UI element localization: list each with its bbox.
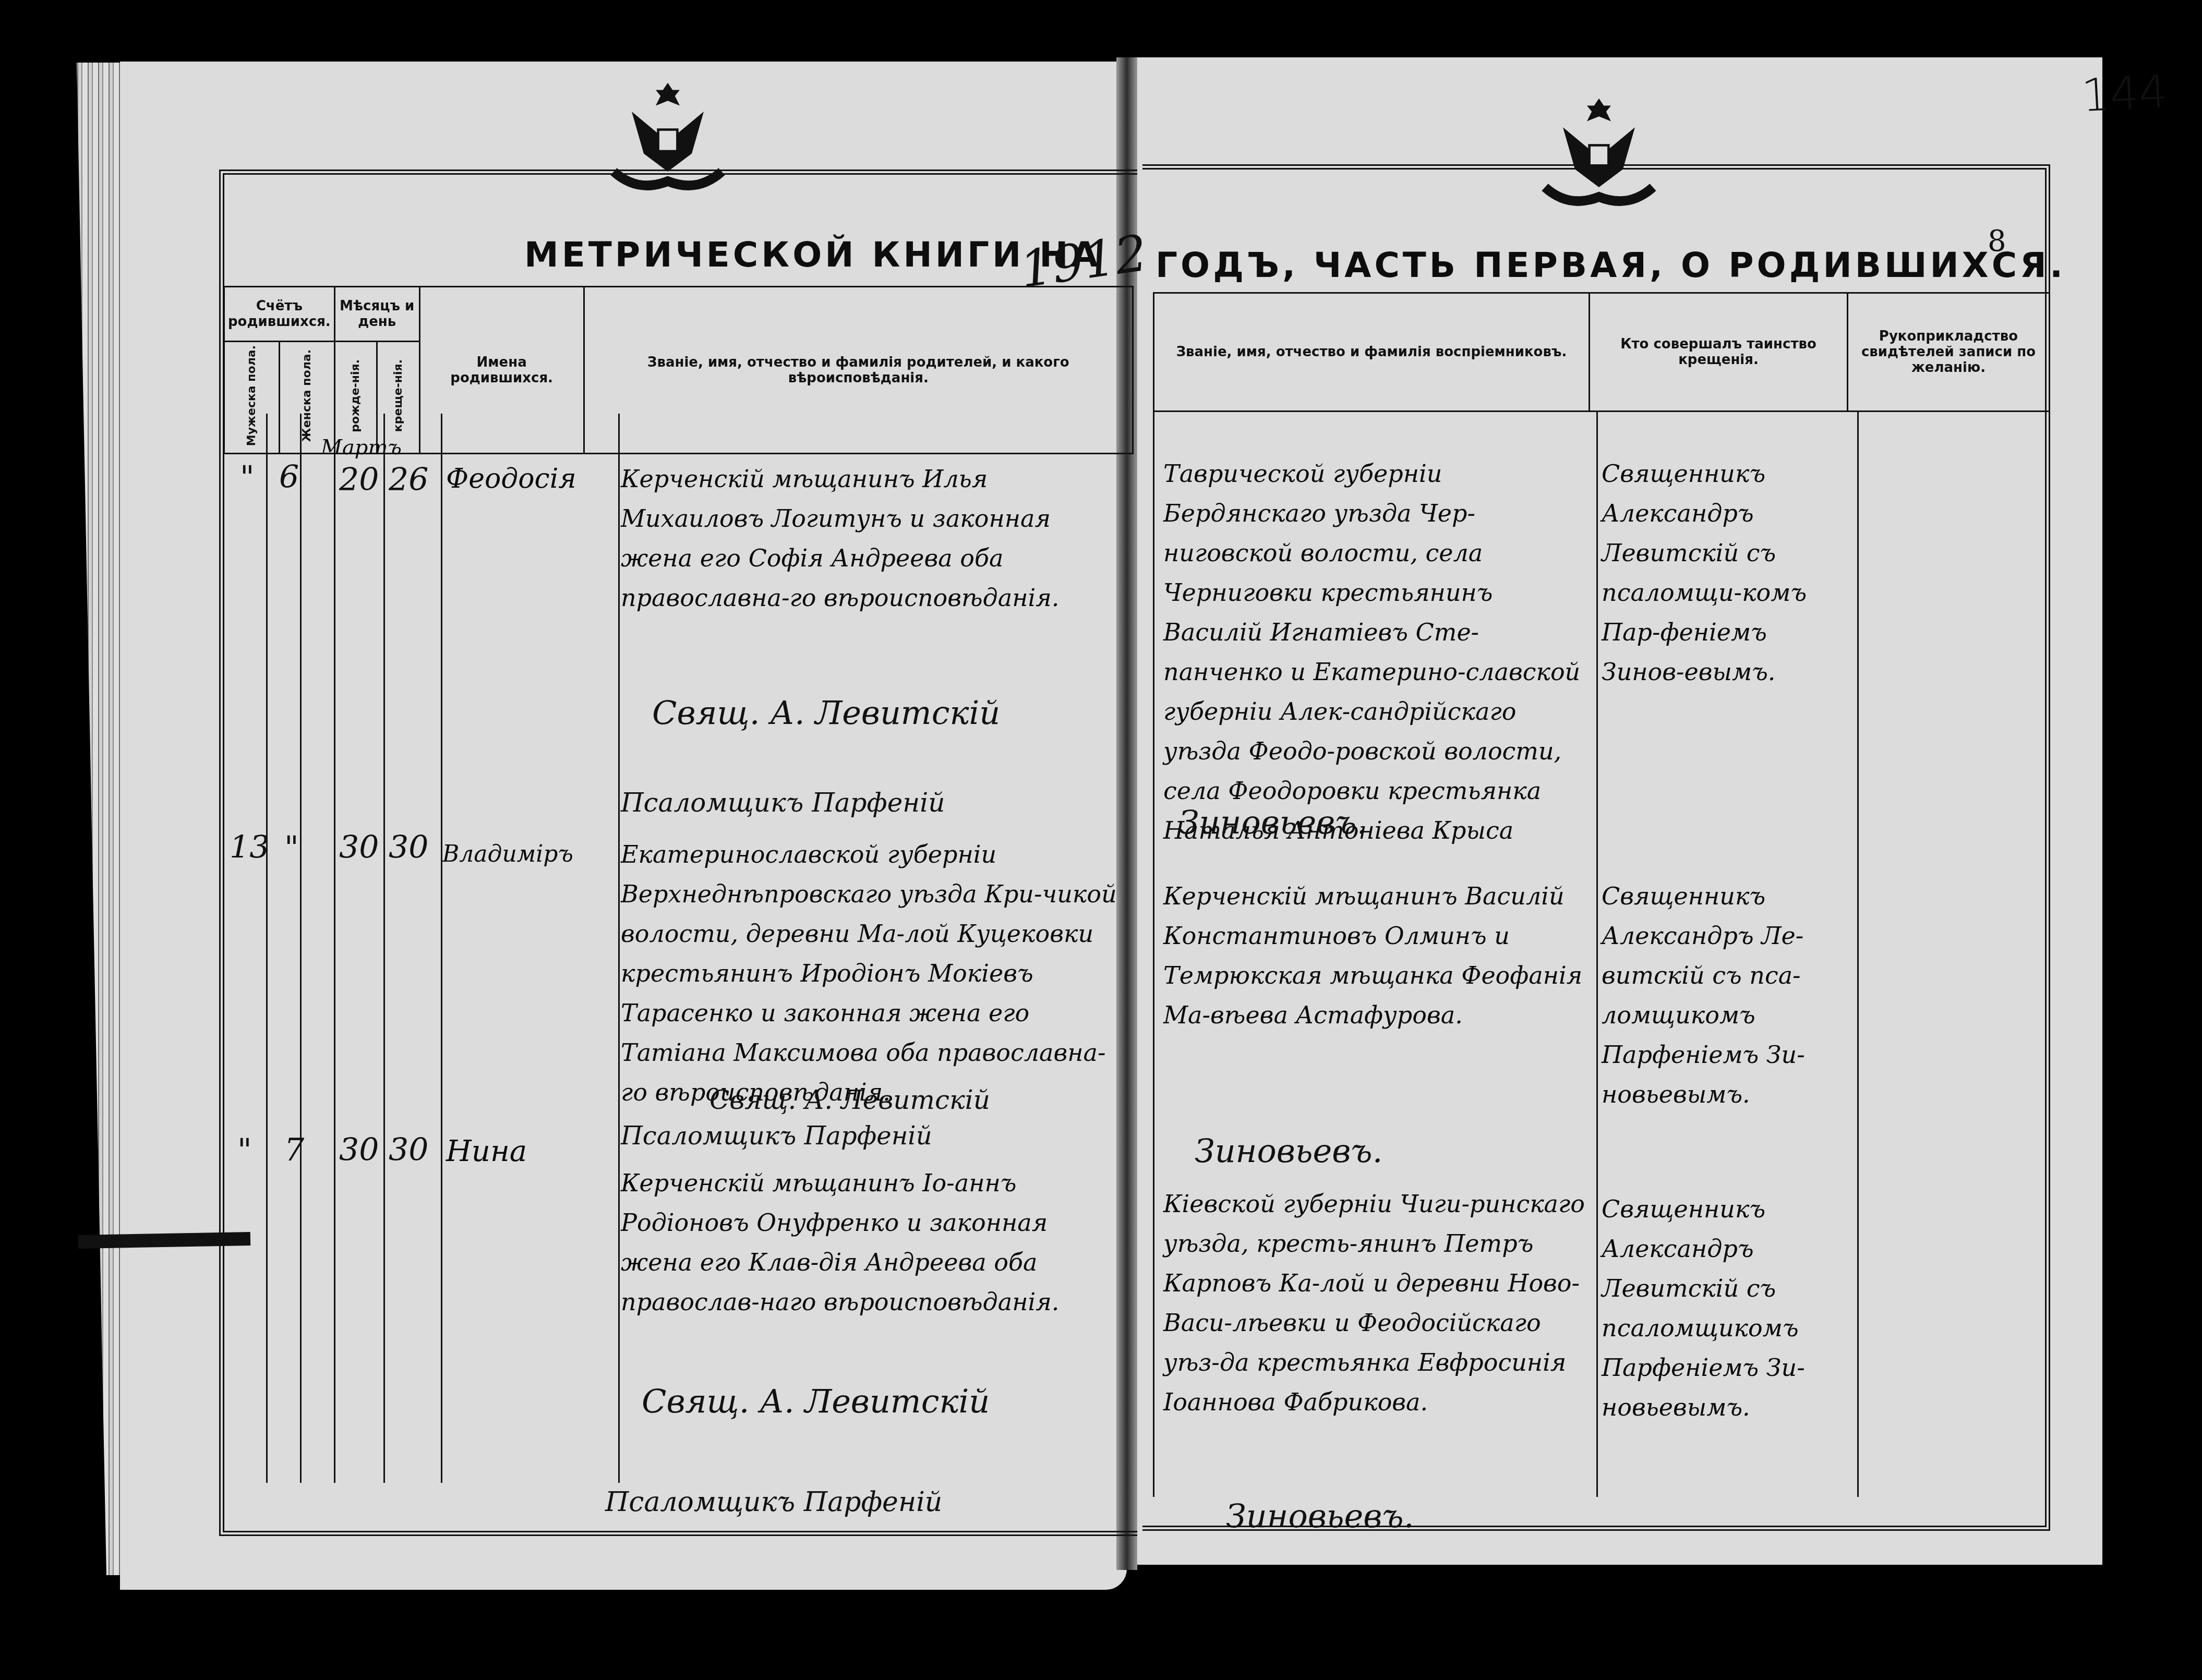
godparent-signature: Зиновьевъ. bbox=[1195, 1132, 1382, 1170]
parents-text: Керченскій мѣщанинъ Іо-аннъ Родіоновъ Он… bbox=[621, 1163, 1122, 1322]
sheet-number: 8 bbox=[1988, 224, 2006, 258]
male-count: " bbox=[240, 459, 255, 495]
column-rule bbox=[1596, 412, 1598, 1497]
header-priest: Кто совершалъ таинство крещенія. bbox=[1590, 293, 1848, 412]
godparent-signature: Зиновьевъ. bbox=[1179, 803, 1367, 841]
column-rule bbox=[383, 414, 385, 1483]
parents-text: Керченскій мѣщанинъ Илья Михаиловъ Логит… bbox=[621, 459, 1122, 618]
column-rule bbox=[618, 414, 620, 1483]
column-rule bbox=[1153, 412, 1154, 1497]
header-godparents: Званіе, имя, отчество и фамилія воспріем… bbox=[1154, 293, 1590, 412]
header-count-female: Женска пола. bbox=[300, 349, 314, 442]
child-name: Нина bbox=[446, 1132, 527, 1171]
baptism-day: 30 bbox=[389, 1132, 428, 1168]
birth-day: 30 bbox=[339, 829, 379, 866]
priest-text: Священникъ Александръ Левитскій съ псало… bbox=[1602, 454, 1852, 692]
birth-day: 30 bbox=[339, 1132, 379, 1168]
header-count-group: Счётъ родившихся. bbox=[224, 287, 335, 342]
baptism-day: 26 bbox=[389, 462, 428, 498]
female-count: 6 bbox=[279, 459, 299, 495]
child-name: Владиміръ bbox=[442, 835, 573, 874]
female-count: 7 bbox=[284, 1132, 304, 1168]
column-rule bbox=[334, 414, 335, 1483]
godparents-text: Керченскій мѣщанинъ Василій Константинов… bbox=[1163, 876, 1591, 1035]
priest-signature: Свящ. А. Левитскій bbox=[709, 1085, 990, 1115]
female-count: " bbox=[284, 829, 299, 866]
priest-signature: Свящ. А. Левитскій bbox=[652, 694, 1000, 732]
male-count: 13 bbox=[230, 829, 269, 866]
male-count: " bbox=[237, 1132, 252, 1168]
psalmist-signature: Псаломщикъ Парфеній bbox=[621, 1121, 932, 1151]
birth-day: 20 bbox=[339, 462, 379, 498]
title-right: ГОДЪ, ЧАСТЬ ПЕРВАЯ, О РОДИВШИХСЯ. bbox=[1156, 245, 2066, 285]
column-rule bbox=[266, 414, 268, 1483]
header-date-group: Мѣсяцъ и день bbox=[334, 287, 419, 342]
header-parents: Званіе, имя, отчество и фамилія родителе… bbox=[584, 287, 1133, 454]
godparents-text: Кіевской губерніи Чиги-ринскаго уѣзда, к… bbox=[1163, 1184, 1591, 1422]
parents-text: Екатеринославской губерніи Верхнеднѣпров… bbox=[621, 835, 1122, 1112]
header-witnesses: Рукоприкладство свидѣтелей записи по жел… bbox=[1848, 293, 2050, 412]
right-column-headers: Званіе, имя, отчество и фамилія воспріем… bbox=[1153, 292, 2050, 412]
header-date-baptism: креще-нія. bbox=[392, 359, 405, 432]
header-names: Имена родившихся. bbox=[419, 287, 584, 454]
column-rule bbox=[441, 414, 442, 1483]
priest-signature: Свящ. А. Левитскій bbox=[642, 1382, 990, 1420]
priest-text: Священникъ Александръ Левитскій съ псало… bbox=[1602, 1189, 1852, 1427]
archive-page-number: 144 bbox=[2080, 66, 2168, 122]
header-date-birth: рожде-нія. bbox=[349, 359, 362, 432]
column-rule bbox=[300, 414, 302, 1483]
psalmist-signature: Псаломщикъ Парфеній bbox=[621, 788, 945, 818]
column-rule bbox=[1857, 412, 1859, 1497]
child-name: Феодосія bbox=[446, 459, 576, 499]
priest-text: Священникъ Александръ Ле-витскій съ пса-… bbox=[1602, 876, 1852, 1114]
psalmist-signature: Псаломщикъ Парфеній bbox=[605, 1486, 942, 1518]
godparents-text: Таврической губерніи Бердянскаго уѣзда Ч… bbox=[1163, 454, 1591, 850]
title-left: МЕТРИЧЕСКОЙ КНИГИ НА bbox=[524, 235, 1101, 275]
header-count-male: Мужеска пола. bbox=[245, 345, 258, 446]
godparent-signature: Зиновьевъ. bbox=[1226, 1497, 1414, 1535]
baptism-day: 30 bbox=[389, 829, 428, 866]
